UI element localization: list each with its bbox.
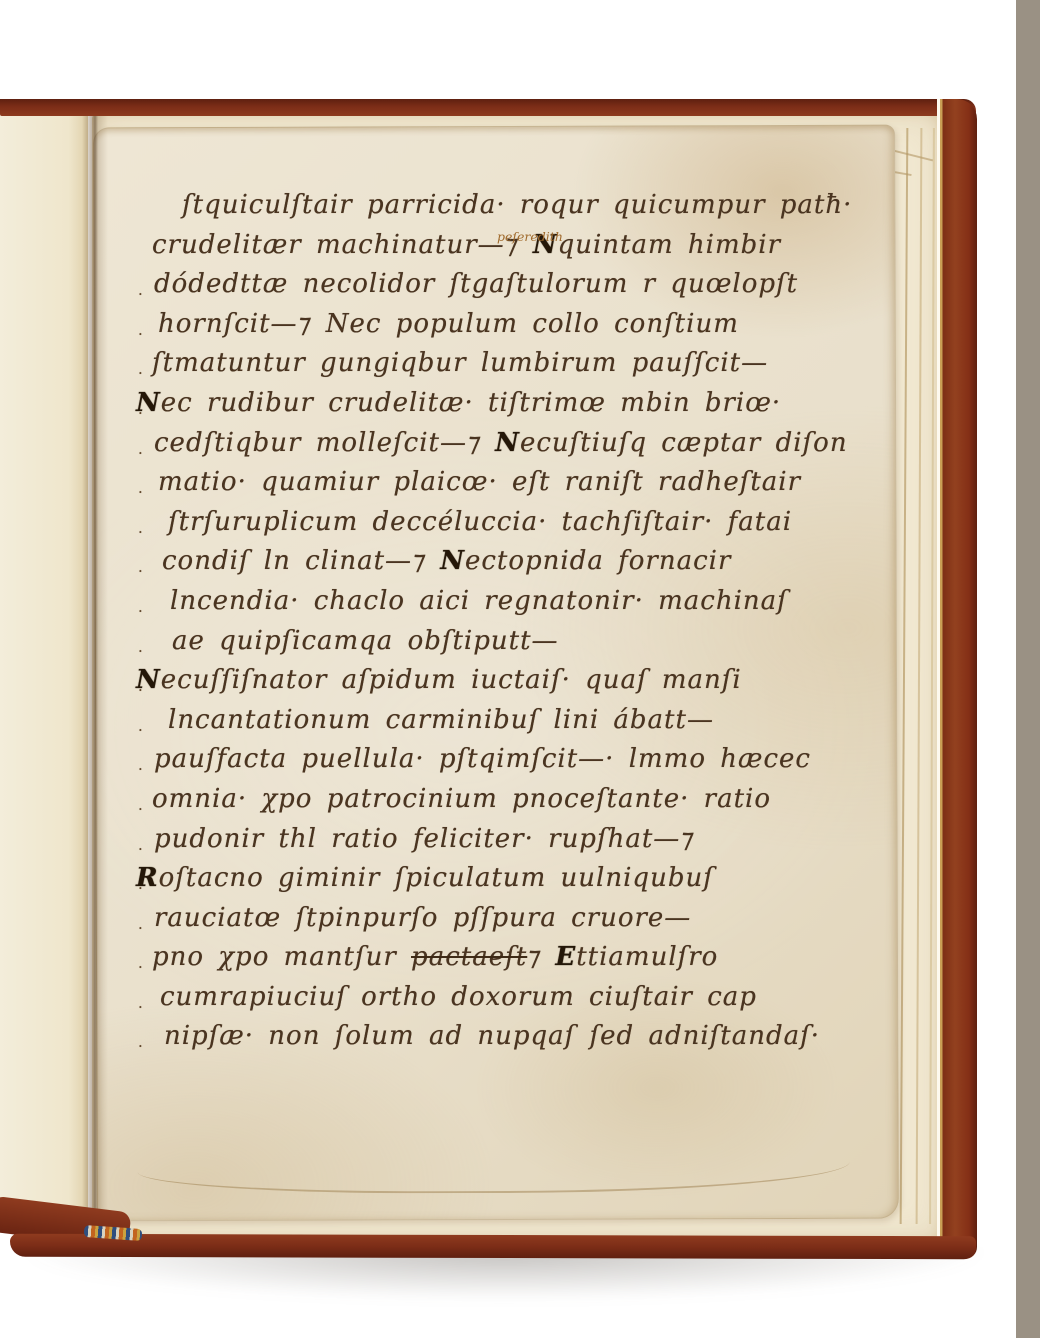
margin-mark: · <box>138 790 144 830</box>
gloss-text: peſeredith <box>497 217 563 257</box>
margin-mark: · <box>138 869 144 909</box>
line-segment-strong: N <box>440 546 465 576</box>
line-segment: omnia· χpo patrocinium pnoceſtante· rati… <box>152 784 771 814</box>
line-segment: matio· quamiur plaicœ· eſt raniſt radheſ… <box>158 467 801 497</box>
line-segment: ecuſſiſnator aſpidum iuctaiſ· quaſ manſi <box>161 665 742 695</box>
manuscript-line: ·lncantationum carminibuſ lini ábatt— <box>168 701 890 741</box>
margin-mark: · <box>138 434 144 474</box>
line-segment: ecuſtiuſq cæptar diſon <box>520 428 848 458</box>
manuscript-line: ·ſtmatuntur gungiqbur lumbirum pauſſcit— <box>152 344 890 384</box>
line-segment: pauſfacta puellula· pſtqimſcit—· lmmo hæ… <box>154 744 811 774</box>
manuscript-line: ·omnia· χpo patrocinium pnoceſtante· rat… <box>152 780 890 820</box>
manuscript-line: ·ſtrſuruplicum deccéluccia· tachſiſtair·… <box>168 503 890 543</box>
line-segment-strike: pactaeſt <box>411 942 527 972</box>
margin-mark: · <box>138 750 144 790</box>
under-page-edge-line <box>138 1148 850 1194</box>
gutter-shadow <box>82 115 108 1233</box>
margin-mark: · <box>138 988 144 1028</box>
manuscript-line: ·dódedttæ necolidor ſtgaſtulorum r quœlo… <box>154 265 890 305</box>
book-cover-fore-edge <box>937 99 977 1259</box>
margin-mark: · <box>138 592 144 632</box>
line-segment: lncantationum carminibuſ lini ábatt— <box>168 705 714 735</box>
margin-mark: · <box>138 513 144 553</box>
manuscript-line: ·rauciatœ ſtpinpurſo pſſpura cruore— <box>154 899 890 939</box>
line-segment: ſtquiculſtair parricida· roqur quicumpur… <box>182 190 852 220</box>
margin-mark: · <box>138 711 144 751</box>
manuscript-line: ·lncendia· chaclo aici regnatonir· machi… <box>170 582 890 622</box>
manuscript-line: ·pauſfacta puellula· pſtqimſcit—· lmmo h… <box>154 740 890 780</box>
line-segment: hornſcit—⁊ Nec populum collo conſtium <box>158 309 739 339</box>
line-segment: ſtmatuntur gungiqbur lumbirum pauſſcit— <box>152 348 768 378</box>
manuscript-line: ·pudonir thl ratio feliciter· rupſhat—⁊ <box>154 820 890 860</box>
margin-mark: · <box>138 948 144 988</box>
line-segment: ae quipſicamqa obſtiputt— <box>172 626 559 656</box>
line-segment: quintam himbir <box>558 230 781 260</box>
line-segment-strong: N <box>495 428 520 458</box>
margin-mark: · <box>138 275 144 315</box>
line-segment: pudonir thl ratio feliciter· rupſhat—⁊ <box>154 824 694 854</box>
studio-backdrop-band <box>1016 0 1040 1338</box>
line-segment: cedſtiqbur molleſcit—⁊ <box>154 428 495 458</box>
line-segment: oſtacno giminir ſpiculatum uulniqubuſ <box>159 863 714 893</box>
manuscript-line: crudelitær machinatur—⁊ Nquintam himbirp… <box>152 226 890 266</box>
line-segment: ⁊ <box>527 942 555 972</box>
manuscript-line: ·ae quipſicamqa obſtiputt— <box>172 622 890 662</box>
manuscript-line: ·nipſæ· non ſolum ad nupqaſ ſed adniſtan… <box>164 1017 890 1057</box>
line-segment: dódedttæ necolidor ſtgaſtulorum r quœlop… <box>154 269 798 299</box>
verso-page <box>0 115 88 1229</box>
line-segment-strong: E <box>555 942 576 972</box>
margin-mark: · <box>138 671 144 711</box>
manuscript-line: ·pno χpo mantſur pactaeſt⁊ Ettiamulſro <box>152 938 890 978</box>
manuscript-line: ·Necuſſiſnator aſpidum iuctaiſ· quaſ man… <box>136 661 890 701</box>
line-segment: lncendia· chaclo aici regnatonir· machin… <box>170 586 788 616</box>
manuscript-line: ·cedſtiqbur molleſcit—⁊ Necuſtiuſq cæpta… <box>154 424 890 464</box>
margin-mark: · <box>138 473 144 513</box>
manuscript-line: ·Nec rudibur crudelitæ· tiſtrimœ mbin br… <box>136 384 890 424</box>
margin-mark: · <box>138 394 144 434</box>
text-block: ſtquiculſtair parricida· roqur quicumpur… <box>150 186 890 1057</box>
manuscript-line: ·condiſ ln clinat—⁊ Nectopnida fornacir <box>162 542 890 582</box>
line-segment: ectopnida fornacir <box>465 546 731 576</box>
book-cover-top-edge <box>0 99 976 116</box>
line-segment: cumrapiuciuſ ortho doxorum ciuſtair cap <box>160 982 757 1012</box>
line-segment: condiſ ln clinat—⁊ <box>162 546 440 576</box>
manuscript-line: ·matio· quamiur plaicœ· eſt raniſt radhe… <box>158 463 890 503</box>
line-segment: ec rudibur crudelitæ· tiſtrimœ mbin briœ… <box>161 388 781 418</box>
margin-mark: · <box>138 909 144 949</box>
margin-mark: · <box>138 1027 144 1067</box>
margin-mark: · <box>138 552 144 592</box>
line-segment: pno χpo mantſur <box>152 942 411 972</box>
margin-mark: · <box>138 315 144 355</box>
line-segment: rauciatœ ſtpinpurſo pſſpura cruore— <box>154 903 691 933</box>
line-segment: ſtrſuruplicum deccéluccia· tachſiſtair· … <box>168 507 792 537</box>
line-segment: crudelitær machinatur—⁊ <box>152 230 533 260</box>
manuscript-line: ·hornſcit—⁊ Nec populum collo conſtium <box>158 305 890 345</box>
line-segment: nipſæ· non ſolum ad nupqaſ ſed adniſtand… <box>164 1021 820 1051</box>
book-cover-bottom-edge <box>10 1234 976 1260</box>
manuscript-line: ·Roſtacno giminir ſpiculatum uulniqubuſ <box>136 859 890 899</box>
manuscript-line: ·cumrapiuciuſ ortho doxorum ciuſtair cap <box>160 978 890 1018</box>
photo-background: ſtquiculſtair parricida· roqur quicumpur… <box>0 0 1040 1338</box>
line-segment: ttiamulſro <box>576 942 718 972</box>
